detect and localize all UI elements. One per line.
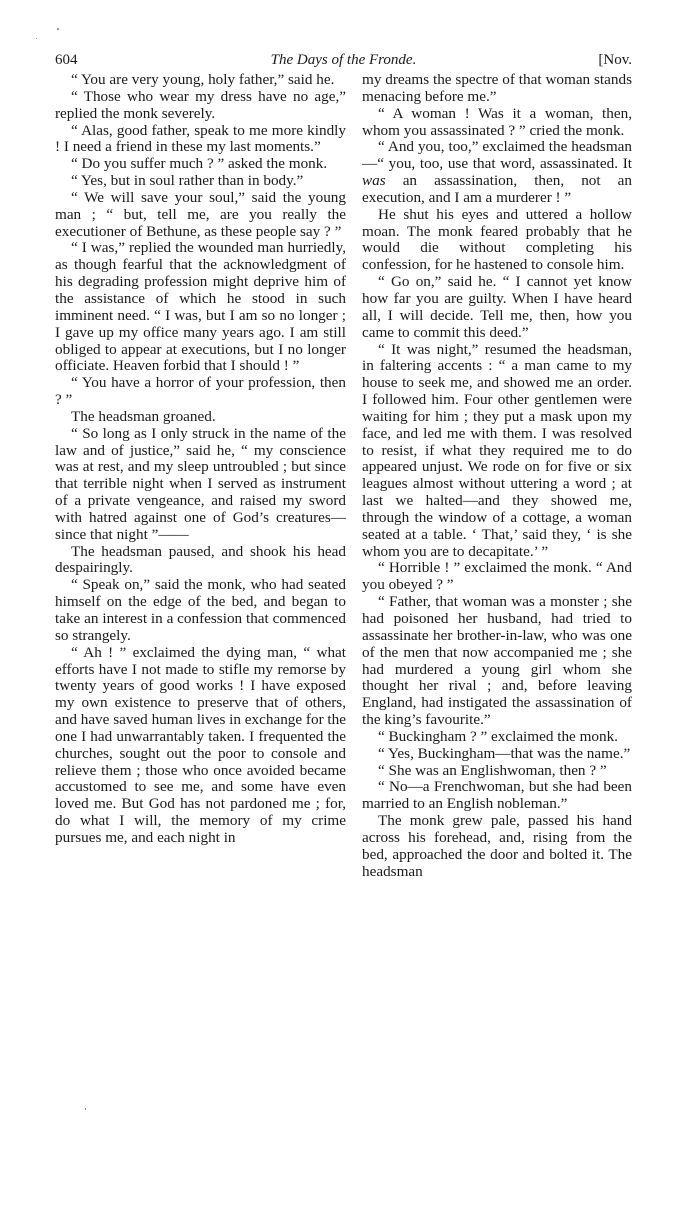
text-run: “ And you, too,” exclaimed the headsman—…	[362, 138, 632, 172]
paragraph: “ You have a horror of your pro­fession,…	[55, 375, 346, 409]
paragraph: “ Go on,” said he. “ I cannot yet know h…	[362, 274, 632, 341]
paragraph: “ Yes, but in soul rather than in body.”	[55, 173, 346, 190]
running-title: The Days of the Fronde.	[55, 52, 632, 69]
paragraph: “ You are very young, holy father,” said…	[55, 72, 346, 89]
paragraph: The monk grew pale, passed his hand acro…	[362, 813, 632, 880]
paragraph: “ Ah ! ” exclaimed the dying man, “ what…	[55, 645, 346, 847]
running-header: 604 The Days of the Fronde. [Nov.	[55, 52, 632, 72]
paragraph: “ So long as I only struck in the name o…	[55, 426, 346, 544]
scan-speck	[36, 38, 37, 39]
paragraph: He shut his eyes and uttered a hollow mo…	[362, 207, 632, 274]
paragraph: “ Do you suffer much ? ” asked the monk.	[55, 156, 346, 173]
scan-speck	[57, 28, 59, 30]
paragraph: “ She was an Englishwoman, then ? ”	[362, 763, 632, 780]
paragraph: “ We will save your soul,” said the youn…	[55, 190, 346, 241]
scan-speck	[85, 1108, 86, 1110]
text-run: an assassina­tion, then, not an executio…	[362, 172, 632, 206]
paragraph: “ A woman ! Was it a woman, then, whom y…	[362, 106, 632, 140]
paragraph-with-emphasis: “ And you, too,” exclaimed the headsman—…	[362, 139, 632, 206]
emphasis: was	[362, 172, 386, 189]
paragraph: “ Those who wear my dress have no age,” …	[55, 89, 346, 123]
paragraph: “ No—a Frenchwoman, but she had been mar…	[362, 779, 632, 813]
paragraph: The headsman paused, and shook his head …	[55, 544, 346, 578]
paragraph: “ Horrible ! ” exclaimed the monk. “ And…	[362, 560, 632, 594]
right-column: my dreams the spectre of that woman stan…	[362, 72, 632, 881]
continued-paragraph: my dreams the spectre of that woman stan…	[362, 72, 632, 106]
paragraph: “ Yes, Buckingham—that was the name.”	[362, 746, 632, 763]
paragraph: “ Buckingham ? ” exclaimed the monk.	[362, 729, 632, 746]
paragraph: “ I was,” replied the wounded man hurrie…	[55, 240, 346, 375]
paragraph: “ Speak on,” said the monk, who had seat…	[55, 577, 346, 644]
paragraph: “ It was night,” resumed the heads­man, …	[362, 342, 632, 561]
left-column: “ You are very young, holy father,” said…	[55, 72, 346, 847]
paragraph: “ Father, that woman was a mon­ster ; sh…	[362, 594, 632, 729]
paragraph: “ Alas, good father, speak to me more ki…	[55, 123, 346, 157]
paragraph: The headsman groaned.	[55, 409, 346, 426]
issue-month: [Nov.	[598, 52, 632, 69]
